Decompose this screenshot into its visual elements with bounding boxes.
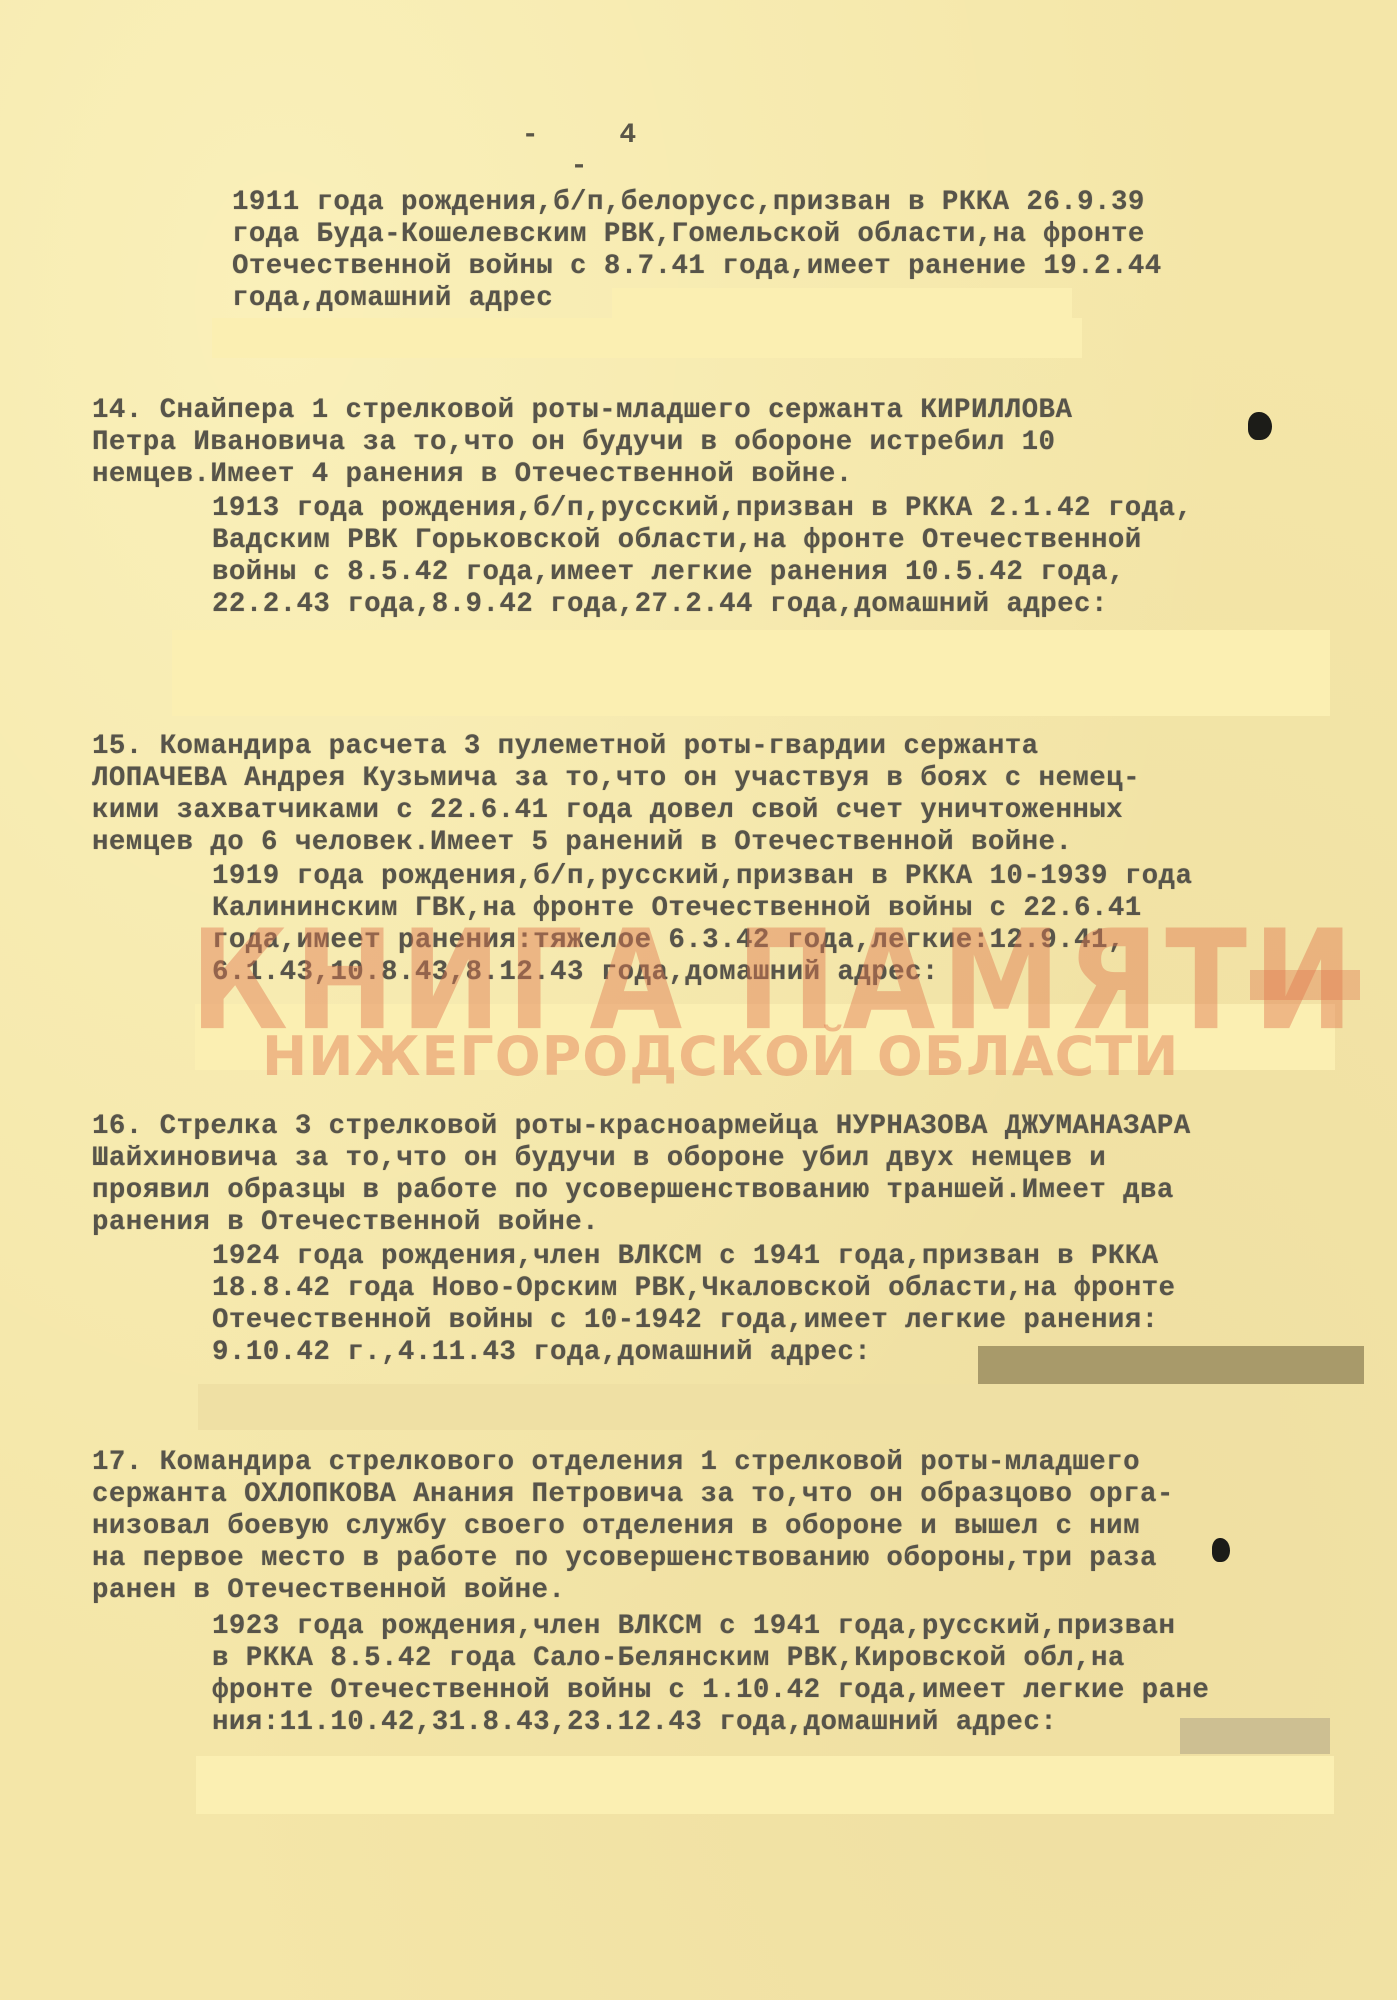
entry-line: 16. Стрелка 3 стрелковой роты-красноарме… — [92, 1112, 1191, 1142]
entry-line: 1911 года рождения,б/п,белорусс,призван … — [232, 188, 1145, 218]
redacted-address — [212, 318, 1082, 358]
entry-line: сержанта ОХЛОПКОВА Анания Петровича за т… — [92, 1480, 1174, 1510]
entry-line: 17. Командира стрелкового отделения 1 ст… — [92, 1448, 1140, 1478]
punch-hole — [1212, 1538, 1230, 1562]
entry-line: 22.2.43 года,8.9.42 года,27.2.44 года,до… — [212, 590, 1108, 620]
entry-line: года,имеет ранения:тяжелое 6.3.42 года,л… — [212, 926, 1125, 956]
entry-line: 9.10.42 г.,4.11.43 года,домашний адрес: — [212, 1338, 871, 1368]
entry-line: кими захватчиками с 22.6.41 года довел с… — [92, 796, 1123, 826]
entry-line: Отечественной войны с 10-1942 года,имеет… — [212, 1306, 1159, 1336]
entry-line: 18.8.42 года Ново-Орским РВК,Чкаловской … — [212, 1274, 1175, 1304]
redacted-address — [612, 288, 1072, 318]
entry-line: на первое место в работе по усовершенств… — [92, 1544, 1157, 1574]
entry-line: 1924 года рождения,член ВЛКСМ с 1941 год… — [212, 1242, 1159, 1272]
entry-line: Петра Ивановича за то,что он будучи в об… — [92, 428, 1055, 458]
redacted-address — [1180, 1718, 1330, 1754]
redacted-address — [196, 1756, 1334, 1814]
entry-line: 15. Командира расчета 3 пулеметной роты-… — [92, 732, 1039, 762]
entry-line: 6.1.43,10.8.43,8.12.43 года,домашний адр… — [212, 958, 939, 988]
entry-line: Калининским ГВК,на фронте Отечественной … — [212, 894, 1142, 924]
entry-line: ранен в Отечественной войне. — [92, 1576, 565, 1606]
entry-line: немцев.Имеет 4 ранения в Отечественной в… — [92, 460, 853, 490]
entry-line: проявил образцы в работе по усовершенств… — [92, 1176, 1174, 1206]
entry-line: 1923 года рождения,член ВЛКСМ с 1941 год… — [212, 1612, 1175, 1642]
entry-line: 14. Снайпера 1 стрелковой роты-младшего … — [92, 396, 1072, 426]
entry-line: немцев до 6 человек.Имеет 5 ранений в От… — [92, 828, 1072, 858]
entry-line: ния:11.10.42,31.8.43,23.12.43 года,домаш… — [212, 1708, 1057, 1738]
entry-line: года,домашний адрес — [232, 284, 553, 314]
entry-line: Шайхиновича за то,что он будучи в оборон… — [92, 1144, 1106, 1174]
entry-line: фронте Отечественной войны с 1.10.42 год… — [212, 1676, 1209, 1706]
page-number: - 4 - — [480, 120, 710, 182]
redacted-address — [172, 630, 1330, 716]
redacted-address — [978, 1346, 1364, 1384]
entry-line: 1913 года рождения,б/п,русский,призван в… — [212, 494, 1192, 524]
redacted-address — [198, 1384, 1280, 1430]
entry-line: низовал боевую службу своего отделения в… — [92, 1512, 1140, 1542]
entry-line: года Буда-Кошелевским РВК,Гомельской обл… — [232, 220, 1145, 250]
entry-line: в РККА 8.5.42 года Сало-Белянским РВК,Ки… — [212, 1644, 1125, 1674]
redacted-address — [195, 1004, 1335, 1070]
entry-line: Отечественной войны с 8.7.41 года,имеет … — [232, 252, 1162, 282]
entry-line: войны с 8.5.42 года,имеет легкие ранения… — [212, 558, 1125, 588]
punch-hole — [1248, 412, 1272, 440]
watermark-bar — [1250, 970, 1360, 1000]
entry-line: ранения в Отечественной войне. — [92, 1208, 599, 1238]
entry-line: 1919 года рождения,б/п,русский,призван в… — [212, 862, 1192, 892]
entry-line: ЛОПАЧЕВА Андрея Кузьмича за то,что он уч… — [92, 764, 1140, 794]
entry-line: Вадским РВК Горьковской области,на фронт… — [212, 526, 1142, 556]
